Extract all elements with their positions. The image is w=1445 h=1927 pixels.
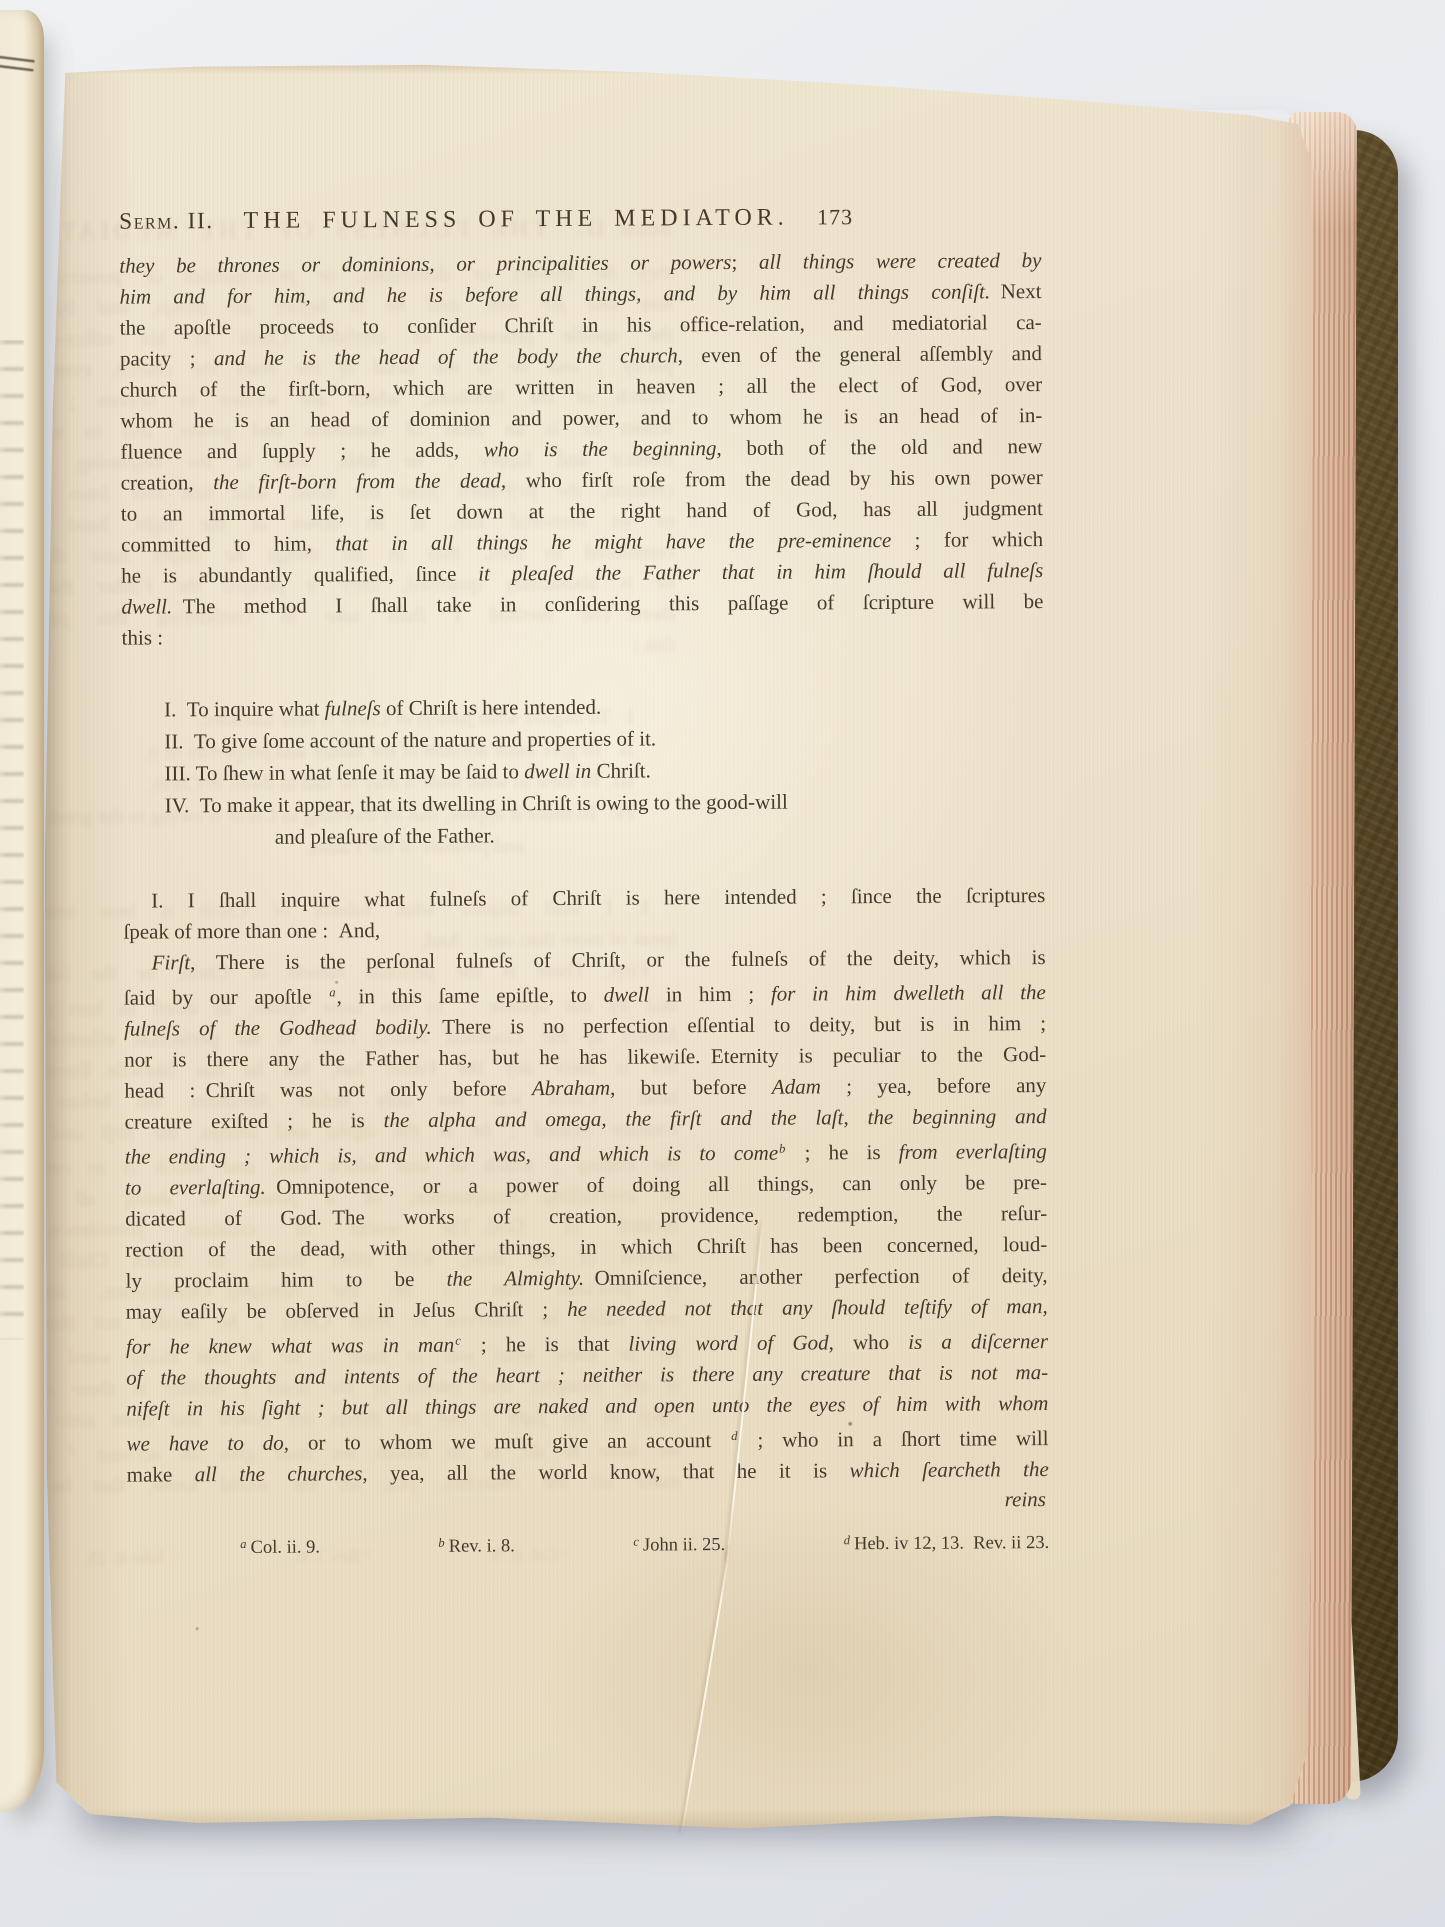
text-segment: nifeſt in his ſight ; but all things are… xyxy=(126,1391,1048,1421)
text-segment: he needed not that any ſhould teſtify of… xyxy=(567,1294,1048,1321)
catchword-row: reins xyxy=(127,1487,1049,1524)
text-line: we have to do, or to whom we muſt give a… xyxy=(126,1419,1048,1460)
text-segment: ly proclaim him to be xyxy=(125,1267,446,1293)
header-page-number: 173 xyxy=(817,201,853,232)
text-segment: in him ; xyxy=(649,982,771,1007)
text-segment: all the churches xyxy=(195,1461,363,1486)
text-segment: fluence and ſupply ; he adds, xyxy=(120,437,483,463)
text-segment: to everlaſting. xyxy=(125,1175,266,1200)
text-segment: ; he is that xyxy=(462,1332,629,1357)
text-segment: dwell in xyxy=(524,759,591,783)
text-segment: dwell. xyxy=(121,594,172,618)
text-segment: the firſt-born from the dead xyxy=(213,468,501,494)
text-segment: and pleaſure of the Father. xyxy=(275,823,495,848)
text-segment: The method I ſhall take in conſidering t… xyxy=(172,589,1043,618)
text-line: make all the churches, yea, all the worl… xyxy=(127,1454,1049,1491)
footnote-mark: c xyxy=(632,1535,643,1549)
footnote-text: John ii. 25. xyxy=(643,1535,725,1556)
text-segment: , There is the perſonal fulneſs of Chriſ… xyxy=(190,945,1046,974)
text-segment: Firſt xyxy=(152,950,191,974)
text-segment: from everlaſting xyxy=(899,1139,1047,1164)
text-segment: ſpeak of more than one : And, xyxy=(123,918,380,944)
text-segment: II. To give ſome account of the nature a… xyxy=(164,726,656,753)
text-line: I. I ſhall inquire what fulneſs of Chriſ… xyxy=(123,880,1045,917)
text-segment: whom he is an head of dominion and power… xyxy=(120,403,1042,433)
text-segment: creation, xyxy=(121,470,214,495)
text-segment: nor is there any the Father has, but he … xyxy=(124,1042,1046,1072)
text-segment: , yea, all the world know, that he it is xyxy=(362,1458,849,1485)
text-line: dwell. The method I ſhall take in conſid… xyxy=(121,586,1043,623)
footnote-item: a Col. ii. 9. xyxy=(239,1531,320,1559)
footnote-mark: d xyxy=(843,1533,854,1547)
footnote-mark: d xyxy=(69,1443,77,1457)
text-segment: the alpha and omega, the firſt and the l… xyxy=(384,1104,1047,1132)
text-segment: ; yea, before any xyxy=(821,1073,1047,1098)
text-segment: Adam xyxy=(772,1074,821,1098)
text-line: and pleaſure of the Father. xyxy=(123,816,1045,854)
text-segment: ; who in a ſhort time will xyxy=(738,1426,1048,1452)
text-segment: which ſearcheth the xyxy=(849,1457,1048,1482)
text-segment: pacity ; xyxy=(120,346,214,371)
text-segment: rection of the dead, with other things, … xyxy=(125,1232,1047,1262)
text-segment: dicated of God. The works of creation, p… xyxy=(125,1201,1047,1231)
running-header: Serm. II. THE FULNESS OF THE MEDIATOR. 1… xyxy=(119,200,1041,238)
catchword: reins xyxy=(1005,1487,1046,1511)
text-segment: the Almighty. xyxy=(447,1266,585,1291)
footnote-text: Col. ii. 9. xyxy=(251,1537,321,1557)
text-segment: creature exiſted ; he is xyxy=(125,1108,384,1134)
text-segment: Abraham xyxy=(532,1076,610,1100)
book-photo: Serm. II. THE FULNESS OF THE MEDIATOR. 1… xyxy=(0,0,1445,1927)
text-line: for he knew what was in manc ; he is tha… xyxy=(126,1322,1048,1363)
text-segment: Chriſt. xyxy=(591,758,651,782)
text-segment: fulneſs of the Godhead bodily. xyxy=(124,1015,432,1041)
text-segment: IV. To make it appear, that its dwelling… xyxy=(165,790,788,818)
text-segment: he is abundantly qualified, ſince xyxy=(121,562,478,588)
text-segment: I. To inquire what xyxy=(164,696,325,721)
text-line: ſaid by our apoſtle a, in this ſame epiſ… xyxy=(124,973,1046,1014)
text-segment: committed to him, xyxy=(121,531,335,556)
footnotes-row: a Col. ii. 9.b Rev. i. 8.c John ii. 25.d… xyxy=(127,1527,1049,1561)
text-segment: that in all things he might have the pre… xyxy=(335,528,891,555)
text-line: the ending ; which is, and which was, an… xyxy=(125,1132,1047,1173)
text-segment: Omnipotence, or a power of doing all thi… xyxy=(266,1170,1047,1199)
text-segment: may eaſily be obſerved in Jeſus Chriſt ; xyxy=(126,1297,568,1324)
text-segment: make xyxy=(127,1462,195,1486)
footnote-item: b Rev. i. 8. xyxy=(437,1530,515,1558)
header-title: THE FULNESS OF THE MEDIATOR. xyxy=(244,203,789,237)
text-segment: ; he is xyxy=(786,1140,899,1165)
text-segment: they be thrones or dominions, or princip… xyxy=(119,250,731,278)
footnote-mark: b xyxy=(437,1536,448,1550)
text-segment: we have to do xyxy=(126,1431,283,1456)
text-segment: this : xyxy=(122,625,164,649)
text-segment: Next xyxy=(990,279,1041,303)
text-segment: the apoſtle proceeds to conſider Chriſt … xyxy=(120,310,1042,340)
book-page: Serm. II. THE FULNESS OF THE MEDIATOR. 1… xyxy=(45,64,1313,1830)
left-page-sliver xyxy=(0,10,44,1812)
text-segment: fulneſs xyxy=(325,696,381,720)
text-segment: ſaid by our apoſtle xyxy=(124,984,329,1009)
text-segment: Omniſcience, another perfection of deity… xyxy=(584,1263,1048,1290)
text-segment: , in this ſame epiſtle, to xyxy=(337,983,604,1009)
text-segment: is a diſcerner xyxy=(908,1329,1048,1354)
header-section: Serm. II. xyxy=(119,206,214,238)
text-segment: of the thoughts and intents of the heart… xyxy=(126,1360,1048,1390)
footnote-mark: c xyxy=(454,1334,462,1348)
text-segment: , both of the old and new xyxy=(716,434,1042,460)
text-segment: it pleaſed the Father that in him ſhould… xyxy=(478,558,1043,585)
text-segment: ; xyxy=(731,250,759,274)
text-segment: of Chriſt is here intended. xyxy=(381,695,602,720)
text-segment: him and for him, and he is before all th… xyxy=(119,279,990,308)
text-segment: who is the beginning xyxy=(484,436,717,461)
text-segment: for in him dwelleth all the xyxy=(771,980,1046,1006)
text-column: Serm. II. THE FULNESS OF THE MEDIATOR. 1… xyxy=(119,200,1049,1561)
footnote-item: d Heb. iv 12, 13. Rev. ii 23. xyxy=(843,1527,1050,1556)
text-segment: ; for which xyxy=(891,527,1043,552)
text-segment: III. To ſhew in what ſenſe it may be ſai… xyxy=(164,759,524,785)
footnote-mark: b xyxy=(778,1142,786,1156)
footnote-text: Heb. iv 12, 13. Rev. ii 23. xyxy=(854,1533,1049,1554)
text-segment: , who xyxy=(829,1330,909,1354)
facing-page-text-fragments xyxy=(0,340,24,1340)
text-segment: head : Chriſt was not only before xyxy=(124,1076,532,1102)
text-segment: , or to whom we muſt give an account xyxy=(284,1428,731,1455)
footnote-item: c John ii. 25. xyxy=(632,1529,725,1558)
text-segment: and he is the head of the body the churc… xyxy=(214,343,678,370)
text-segment: living word of God xyxy=(628,1330,828,1355)
text-segment: all things were created by xyxy=(759,248,1042,274)
facing-page-rules xyxy=(0,54,39,75)
footnote-mark: a xyxy=(239,1537,250,1551)
text-segment: , who firſt roſe from the dead by his ow… xyxy=(501,465,1043,492)
text-segment: the ending ; which is, and which was, an… xyxy=(125,1141,778,1169)
text-segment: I. I ſhall inquire what fulneſs of Chriſ… xyxy=(151,883,1045,912)
text-segment: , even of the general aſſembly and xyxy=(678,341,1042,367)
text-segment: church of the firſt-born, which are writ… xyxy=(120,372,1042,402)
text-segment: for he knew what was in man xyxy=(126,1333,454,1359)
footnote-mark: a xyxy=(328,985,336,999)
footnote-text: Rev. i. 8. xyxy=(449,1536,515,1556)
text-segment: There is no perfection eſſential to deit… xyxy=(432,1011,1046,1039)
text-line: this : xyxy=(122,617,1044,654)
footnote-mark: d xyxy=(730,1429,738,1443)
text-segment: , but before xyxy=(610,1075,772,1100)
text-segment: dwell xyxy=(604,982,650,1006)
text-segment: to an immortal life, is ſet down at the … xyxy=(121,496,1043,526)
